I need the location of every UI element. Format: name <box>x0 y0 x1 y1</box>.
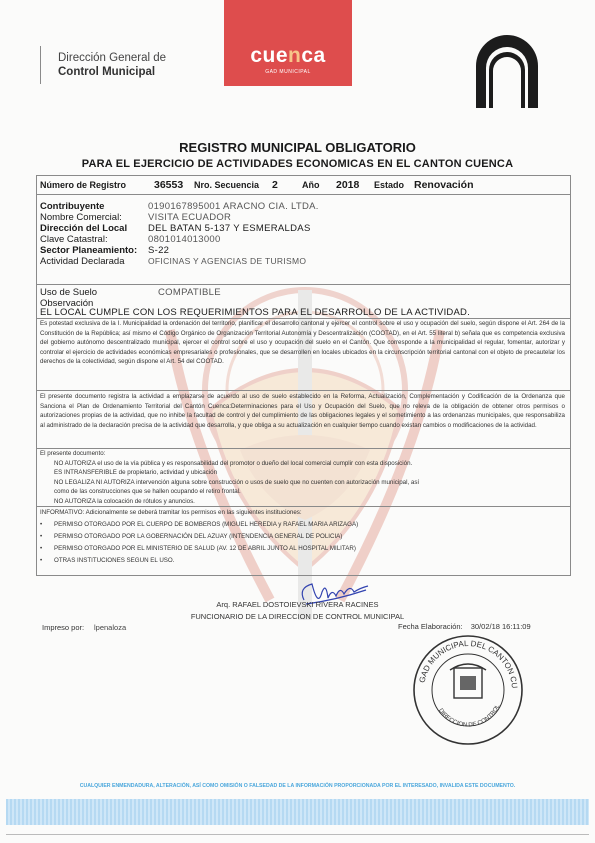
page-bottom-line <box>6 834 589 835</box>
year-label: Año <box>302 180 320 190</box>
informative-list: INFORMATIVO: Adicionalmente se deberá tr… <box>40 507 565 567</box>
gad-municipal-subtitle: GAD MUNICIPAL <box>224 69 352 75</box>
bullet-icon: • <box>40 543 54 555</box>
legal-paragraph-1: Es potestad exclusiva de la I. Municipal… <box>40 319 565 367</box>
sequence-value: 2 <box>272 179 278 191</box>
bullet-icon: • <box>40 519 54 531</box>
status-value: Renovación <box>414 179 474 191</box>
printed-by: Impreso por: lpenaloza <box>42 623 84 632</box>
department-name-line2: Control Municipal <box>58 66 155 78</box>
permit-item: •OTRAS INSTITUCIONES SEGUN EL USO. <box>40 555 565 567</box>
document-subtitle: PARA EL EJERCICIO DE ACTIVIDADES ECONOMI… <box>0 158 595 170</box>
registry-number-label: Número de Registro <box>40 180 126 190</box>
permit-item: •PERMISO OTORGADO POR EL MINISTERIO DE S… <box>40 543 565 555</box>
divider <box>37 390 570 391</box>
signer-name: Arq. RAFAEL DOSTOIEVSKI RIVERA RACINES <box>0 600 595 609</box>
divider <box>37 284 570 285</box>
registry-number-value: 36553 <box>154 179 183 191</box>
permit-item: •PERMISO OTORGADO POR LA GOBERNACIÓN DEL… <box>40 531 565 543</box>
restrictions-list: El presente documento: NO AUTORIZA el us… <box>40 449 565 507</box>
bullet-icon: • <box>40 555 54 567</box>
arch-letter: n <box>288 44 301 67</box>
status-label: Estado <box>374 180 404 190</box>
restriction-item: NO AUTORIZA la colocación de rótulos y a… <box>40 497 565 507</box>
divider <box>37 194 570 195</box>
cuenca-wordmark: cuenca <box>224 44 352 68</box>
bullet-icon: • <box>40 531 54 543</box>
sequence-label: Nro. Secuencia <box>194 180 259 190</box>
arch-icon <box>472 30 542 108</box>
official-seal-icon: GAD MUNICIPAL DEL CANTON CUENCA DIRECCIO… <box>408 630 528 750</box>
header-divider <box>40 46 41 84</box>
permit-item: •PERMISO OTORGADO POR EL CUERPO DE BOMBE… <box>40 519 565 531</box>
security-band <box>6 799 589 825</box>
tamper-warning: CUALQUIER ENMENDADURA, ALTERACIÓN, ASÍ C… <box>0 783 595 789</box>
restriction-item: ES INTRANSFERIBLE de propietario, activi… <box>40 468 565 478</box>
year-value: 2018 <box>336 179 359 191</box>
signer-role: FUNCIONARIO DE LA DIRECCION DE CONTROL M… <box>0 612 595 621</box>
restriction-item: NO AUTORIZA el uso de la vía pública y e… <box>40 459 565 469</box>
registry-row: Número de Registro 36553 Nro. Secuencia … <box>40 180 560 194</box>
cuenca-logo: cuenca GAD MUNICIPAL <box>224 0 352 86</box>
observation-text: EL LOCAL CUMPLE CON LOS REQUERIMIENTOS P… <box>40 307 470 318</box>
restriction-item: NO LEGALIZA NI AUTORIZA intervención alg… <box>40 478 565 488</box>
document-title: REGISTRO MUNICIPAL OBLIGATORIO <box>0 140 595 155</box>
department-name-line1: Dirección General de <box>58 52 166 64</box>
legal-paragraph-2: El presente documento registra la activi… <box>40 392 565 430</box>
restriction-item: como de las construcciones que se hallen… <box>40 487 565 497</box>
